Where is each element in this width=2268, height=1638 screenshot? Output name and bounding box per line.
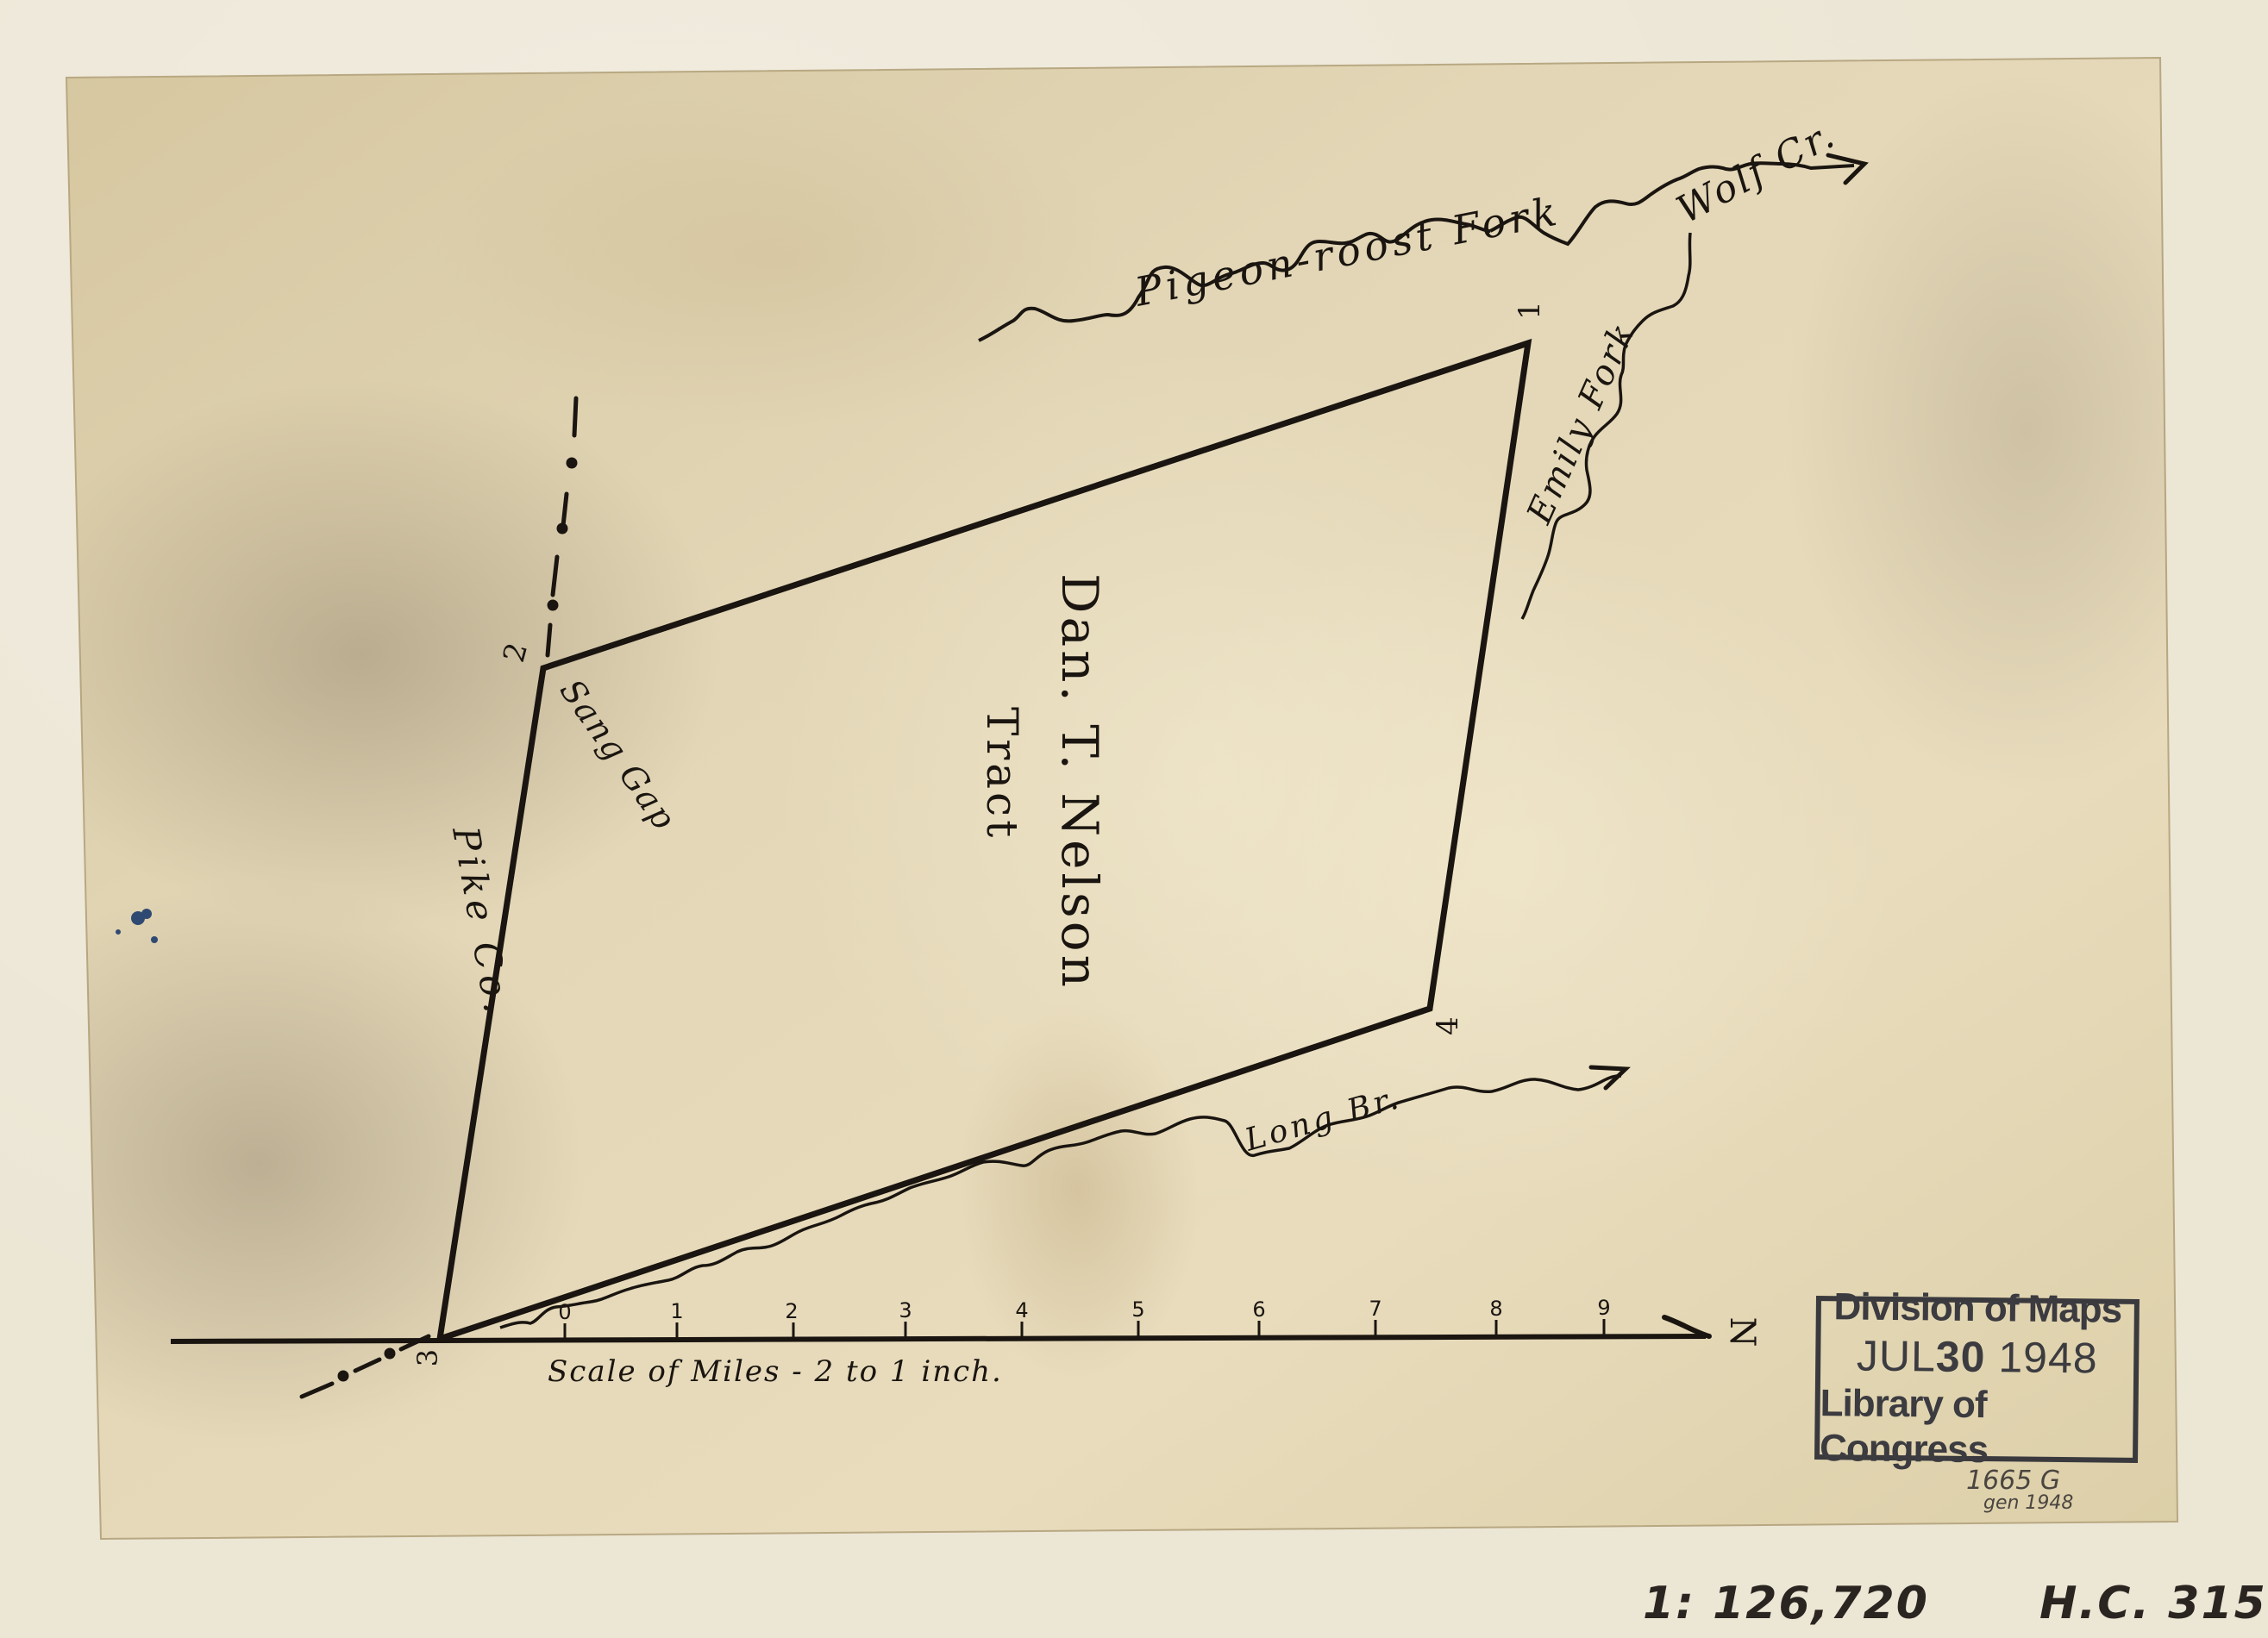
corner-label-3: 3 (411, 1349, 444, 1366)
stamp-day: 30 (1936, 1333, 1986, 1382)
tick-label: 2 (785, 1299, 798, 1323)
stamp-date: JUL30 1948 (1857, 1330, 2098, 1385)
stamp-month: JUL (1857, 1332, 1937, 1381)
tick-label: 8 (1489, 1297, 1502, 1321)
tract-title-line1: Dan. T. Nelson (1050, 573, 1109, 991)
tract-title-line2: Tract (977, 707, 1027, 841)
tick-label: 7 (1369, 1297, 1381, 1321)
scale-caption: Scale of Miles - 2 to 1 inch. (548, 1354, 1003, 1389)
pencil-line-1: 1665 G (1966, 1470, 2073, 1492)
corner-label-4: 4 (1431, 1016, 1465, 1035)
library-stamp: Division of Maps JUL30 1948 Library of C… (1814, 1296, 2140, 1463)
corner-label-1: 1 (1513, 301, 1547, 320)
stamp-division: Division of Maps (1833, 1285, 2121, 1332)
tick-label: 9 (1597, 1296, 1610, 1320)
stamp-library: Library of Congress (1820, 1381, 2133, 1474)
tick-label: 5 (1131, 1297, 1144, 1322)
tick-label: 0 (558, 1300, 571, 1324)
pencil-annotation: 1665 G gen 1948 (1966, 1470, 2073, 1515)
tick-label: 3 (899, 1298, 912, 1322)
stamp-year: 1948 (1998, 1333, 2098, 1382)
north-label: N (1722, 1317, 1762, 1347)
ratio-scale-note: 1: 126,720 (1643, 1578, 1929, 1629)
tick-label: 1 (670, 1299, 683, 1323)
call-number-note: H.C. 315 (2039, 1578, 2267, 1629)
tick-label: 4 (1015, 1298, 1028, 1322)
map-viewer: 0 1 2 3 4 5 6 7 8 9 N Scale of Miles - 2… (0, 0, 2268, 1638)
tick-label: 6 (1252, 1297, 1265, 1322)
